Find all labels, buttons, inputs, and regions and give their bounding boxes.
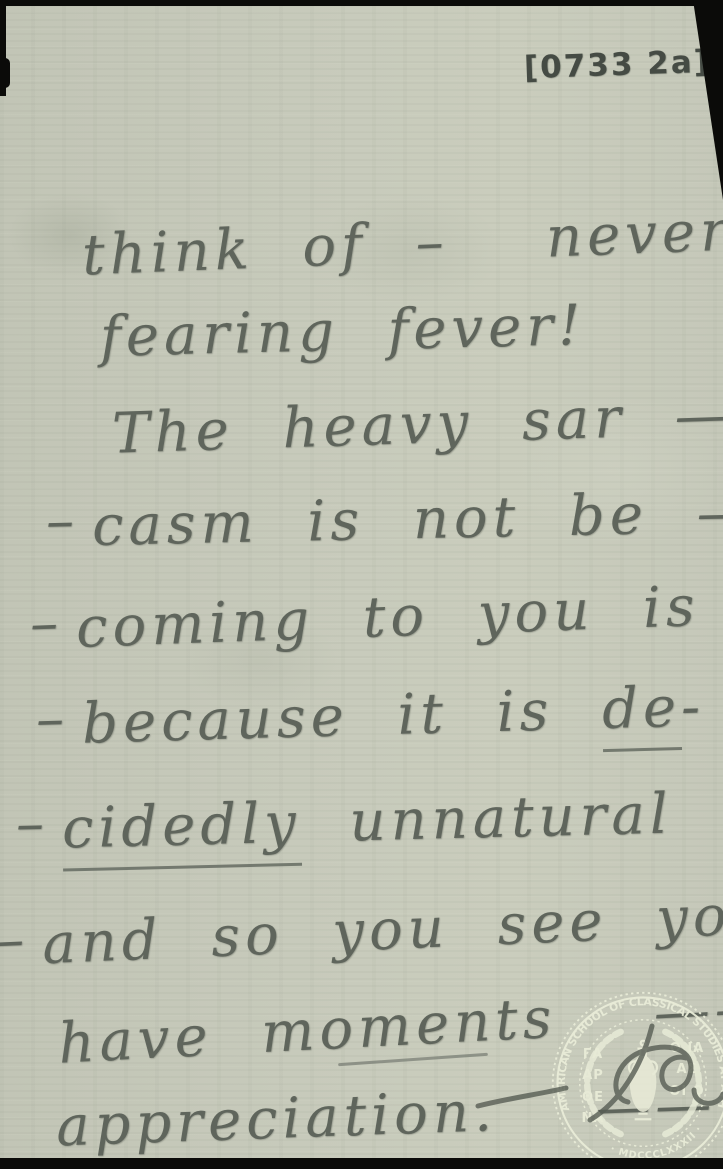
scan-edge-top-right — [693, 0, 723, 200]
letter-line-1: think of – never — [81, 200, 723, 289]
scan-edge-bottom — [0, 1158, 723, 1169]
margin-dash: – — [15, 792, 45, 857]
line-text: coming to you is — [75, 574, 701, 661]
catalog-label: [0733 2a] — [524, 47, 711, 84]
line-text: because it is — [81, 677, 603, 756]
line-text: —— — [625, 380, 723, 450]
pencil-scribble — [470, 1002, 723, 1142]
line-text: - — [680, 674, 706, 740]
letter-line-6: –because it is de- — [81, 675, 706, 757]
line-text: The heavy sar — [111, 386, 627, 467]
letter-line-5: –coming to you is — [75, 575, 701, 661]
margin-dash: – — [35, 687, 65, 752]
underlined-word: de — [601, 675, 682, 752]
letter-line-3: The heavy sar —— — [111, 381, 723, 467]
line-text: casm is not be — — [91, 480, 723, 559]
letter-line-7: –cidedly unnatural —— — [61, 778, 723, 861]
margin-dash: – — [0, 908, 25, 974]
margin-dash: – — [45, 489, 74, 554]
scan-edge-top — [0, 0, 723, 6]
letter-scan-page: [0733 2a] think of – never fearing fever… — [0, 0, 723, 1169]
line-text: fearing fever! — [99, 293, 586, 370]
scan-edge-left-notch — [0, 58, 10, 88]
letter-line-2: fearing fever! — [99, 294, 586, 370]
line-text: think of – never — [81, 199, 723, 289]
line-text: and so you see you — [41, 882, 723, 978]
letter-line-4: –casm is not be — — [91, 481, 723, 559]
line-text: unnatural —— — [300, 777, 723, 855]
underlined-word: cidedly — [61, 791, 301, 872]
line-text: appreciation. — [55, 1079, 498, 1159]
letter-line-8: –and so you see you — [41, 883, 723, 978]
margin-dash: – — [29, 592, 59, 657]
